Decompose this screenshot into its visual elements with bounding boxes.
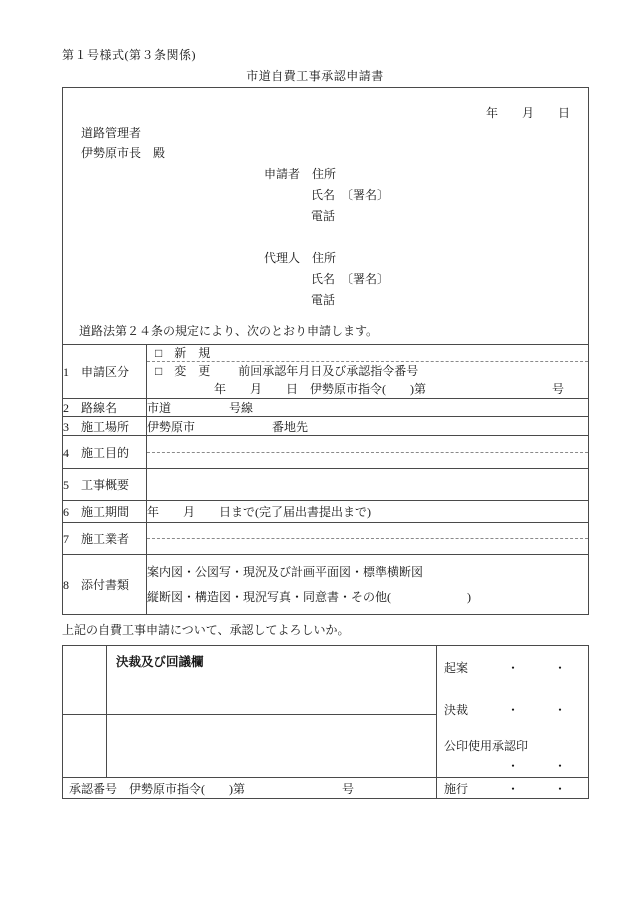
checkbox-change-icon: □ <box>155 362 162 380</box>
row-1-header: 1申請区分 <box>63 345 147 399</box>
documents-line-2-text: 縦断図・構造図・現況写真・同意書・その他( <box>147 590 391 604</box>
fill-in-dashed-line <box>147 452 588 453</box>
row-number: 5 <box>63 478 69 492</box>
approval-number-suffix: 号 <box>342 782 354 796</box>
decision-date-line: 決裁・・ <box>444 703 566 717</box>
date-separator-dot: ・ <box>554 782 566 796</box>
approval-number-text: 承認番号 伊勢原市指令( )第 <box>69 782 245 796</box>
agent-address-label: 代理人 住所 <box>264 251 336 265</box>
route-prefix: 市道 <box>147 401 171 415</box>
change-option-label: 変 更 <box>174 364 210 378</box>
row-number: 1 <box>63 365 69 379</box>
date-separator-dot: ・ <box>554 703 566 717</box>
agent-section: 代理人 住所 氏名 〔署名〕 電話 <box>264 248 389 311</box>
row-label: 路線名 <box>81 401 117 415</box>
applicant-name-label: 氏名 〔署名〕 <box>311 185 389 206</box>
agent-phone-label: 電話 <box>311 290 389 311</box>
decision-council-header: 決裁及び回議欄 <box>116 652 204 670</box>
row-label: 工事概要 <box>81 478 129 492</box>
attached-documents-cell: 案内図・公図写・現況及び計画平面図・標準横断図 縦断図・構造図・現況写真・同意書… <box>147 555 589 615</box>
application-header-box: 年 月 日 道路管理者 伊勢原市長 殿 申請者 住所 氏名 〔署名〕 電話 代理… <box>62 87 589 344</box>
date-separator-dot: ・ <box>507 661 519 675</box>
row-number: 4 <box>63 446 69 460</box>
table-row: 8添付書類 案内図・公図写・現況及び計画平面図・標準横断図 縦断図・構造図・現況… <box>63 555 589 615</box>
document-page: 第１号様式(第３条関係) 市道自費工事承認申請書 年 月 日 道路管理者 伊勢原… <box>0 0 630 903</box>
execution-label: 施行 <box>444 782 507 796</box>
row-8-header: 8添付書類 <box>63 555 147 615</box>
execution-date-line: 施行・・ <box>444 782 566 796</box>
row-5-header: 5工事概要 <box>63 469 147 501</box>
work-period-text: 年 月 日まで(完了届出書提出まで) <box>147 505 371 519</box>
work-summary-cell <box>147 469 589 501</box>
table-row: 7施工業者 <box>63 523 589 555</box>
law-statement: 道路法第２４条の規定により、次のとおり申請します。 <box>79 322 378 339</box>
agent-name-label: 氏名 〔署名〕 <box>311 269 389 290</box>
row-label: 施工目的 <box>81 446 129 460</box>
row-number: 7 <box>63 532 69 546</box>
checkbox-new-icon: □ <box>155 345 162 362</box>
table-row: 6施工期間 年 月 日まで(完了届出書提出まで) <box>63 501 589 523</box>
row-label: 申請区分 <box>81 365 129 379</box>
work-purpose-cell <box>147 436 589 469</box>
application-table: 1申請区分 □新 規 □変 更前回承認年月日及び承認指令番号 年 月 日 伊勢原… <box>62 344 589 615</box>
place-prefix: 伊勢原市 <box>147 420 195 434</box>
row-number: 6 <box>63 505 69 519</box>
official-seal-approval-line: 公印使用承認印 <box>444 739 528 753</box>
road-administrator-label: 道路管理者 <box>81 124 141 141</box>
work-period-cell: 年 月 日まで(完了届出書提出まで) <box>147 501 589 523</box>
date-line: 年 月 日 <box>486 104 570 121</box>
official-seal-date-line: ・・ <box>444 759 566 773</box>
contractor-cell <box>147 523 589 555</box>
row-2-header: 2路線名 <box>63 399 147 417</box>
new-option-label: 新 規 <box>174 346 210 360</box>
date-separator-dot: ・ <box>507 782 519 796</box>
previous-approval-date-line: 年 月 日 伊勢原市指令( )第 号 <box>147 380 588 398</box>
application-type-change-line: □変 更前回承認年月日及び承認指令番号 <box>147 362 588 380</box>
date-separator-dot: ・ <box>554 661 566 675</box>
date-separator-dot: ・ <box>554 759 566 773</box>
documents-line-1: 案内図・公図写・現況及び計画平面図・標準横断図 <box>147 560 588 585</box>
table-row: 5工事概要 <box>63 469 589 501</box>
applicant-section: 申請者 住所 氏名 〔署名〕 電話 <box>264 164 389 227</box>
row-label: 施工期間 <box>81 505 129 519</box>
row-label: 施工場所 <box>81 420 129 434</box>
date-separator-dot: ・ <box>507 759 519 773</box>
row-3-header: 3施工場所 <box>63 417 147 436</box>
route-name-cell: 市道号線 <box>147 399 589 417</box>
approval-number-line: 承認番号 伊勢原市指令( )第号 <box>69 780 354 797</box>
documents-line-2: 縦断図・構造図・現況写真・同意書・その他() <box>147 585 588 610</box>
decision-label: 決裁 <box>444 703 507 717</box>
table-row: 4施工目的 <box>63 436 589 469</box>
previous-approval-note: 前回承認年月日及び承認指令番号 <box>238 364 418 378</box>
row-number: 8 <box>63 578 69 592</box>
row-number: 2 <box>63 401 69 415</box>
work-place-cell: 伊勢原市番地先 <box>147 417 589 436</box>
draft-label: 起案 <box>444 661 507 675</box>
fill-in-dashed-line <box>147 538 588 539</box>
row-label: 添付書類 <box>81 578 129 592</box>
form-number: 第１号様式(第３条関係) <box>62 46 196 63</box>
divider <box>63 777 588 778</box>
directive-number-suffix: 号 <box>552 380 564 398</box>
table-row: 1申請区分 □新 規 □変 更前回承認年月日及び承認指令番号 年 月 日 伊勢原… <box>63 345 589 399</box>
row-7-header: 7施工業者 <box>63 523 147 555</box>
application-type-cell: □新 規 □変 更前回承認年月日及び承認指令番号 年 月 日 伊勢原市指令( )… <box>147 345 589 399</box>
row-4-header: 4施工目的 <box>63 436 147 469</box>
approval-question: 上記の自費工事申請について、承認してよろしいか。 <box>62 621 350 638</box>
applicant-phone-label: 電話 <box>311 206 389 227</box>
divider <box>436 646 437 798</box>
application-type-new-line: □新 規 <box>147 345 588 362</box>
divider <box>106 646 107 777</box>
spacer <box>444 759 507 773</box>
table-row: 2路線名 市道号線 <box>63 399 589 417</box>
date-separator-dot: ・ <box>507 703 519 717</box>
row-6-header: 6施工期間 <box>63 501 147 523</box>
documents-close-paren: ) <box>467 590 471 604</box>
row-label: 施工業者 <box>81 532 129 546</box>
place-suffix: 番地先 <box>272 420 308 434</box>
applicant-address-label: 申請者 住所 <box>264 167 336 181</box>
draft-date-line: 起案・・ <box>444 661 566 675</box>
mayor-label: 伊勢原市長 殿 <box>81 144 165 161</box>
approval-table: 決裁及び回議欄 承認番号 伊勢原市指令( )第号 起案・・ 決裁・・ 公印使用承… <box>62 645 589 799</box>
route-suffix: 号線 <box>229 401 253 415</box>
directive-date-text: 年 月 日 伊勢原市指令( )第 <box>214 382 426 396</box>
table-row: 3施工場所 伊勢原市番地先 <box>63 417 589 436</box>
form-title: 市道自費工事承認申請書 <box>0 67 630 84</box>
official-seal-label: 公印使用承認印 <box>444 739 528 753</box>
row-number: 3 <box>63 420 69 434</box>
divider <box>63 714 436 715</box>
